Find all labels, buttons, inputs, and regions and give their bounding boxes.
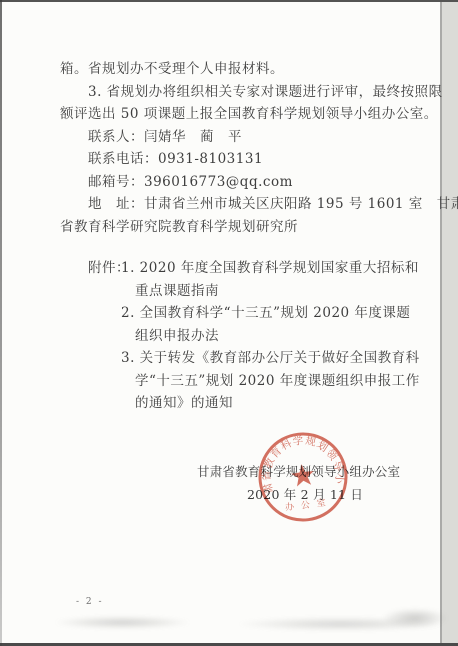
scanned-document-page: 箱。省规划办不受理个人申报材料。 3. 省规划办将组织相关专家对课题进行评审，最… [0,0,458,646]
body-line-2: 3. 省规划办将组织相关专家对课题进行评审，最终按照限 [88,85,443,100]
attachment-1-line-1: 1. 2020 年度全国教育科学规划国家重大招标和 [121,261,419,276]
body-line-1: 箱。省规划办不受理个人申报材料。 [60,62,284,77]
attachment-2-line-1: 2. 全国教育科学“十三五”规划 2020 年度课题 [121,306,410,321]
star-icon [290,463,315,487]
scan-smudge [55,616,190,629]
address-line-1: 地 址：甘肃省兰州市城关区庆阳路 195 号 1601 室 甘肃 [88,197,458,212]
attachment-2-line-2: 组织申报办法 [135,329,219,344]
body-line-3: 额评选出 50 项课题上报全国教育科学规划领导小组办公室。 [60,107,438,122]
attachment-3-line-2: 学“十三五”规划 2020 年度课题组织申报工作 [135,374,420,389]
contact-email-line: 邮箱号：396016773@qq.com [88,175,293,190]
official-red-seal: 甘肃省教育科学规划领导小组 办 公 室 [251,425,356,530]
attachment-3-line-3: 的通知》的通知 [135,396,233,411]
contact-person-line: 联系人：闫婧华 蔺 平 [88,130,242,145]
scan-smudge [382,608,448,628]
seal-ring-text: 甘肃省教育科学规划领导小组 [251,425,348,497]
address-line-2: 省教育科学研究院教育科学规划研究所 [60,220,298,235]
scanner-background-strip [442,2,458,643]
seal-bottom-text: 办 公 室 [284,496,328,513]
scan-edge-left [0,0,2,646]
scan-edge-top [0,0,458,2]
attachment-1-line-2: 重点课题指南 [135,284,219,299]
attachment-3-line-1: 3. 关于转发《教育部办公厅关于做好全国教育科 [121,351,420,366]
contact-phone-line: 联系电话：0931-8103131 [88,152,263,167]
page-number: - 2 - [76,597,104,607]
